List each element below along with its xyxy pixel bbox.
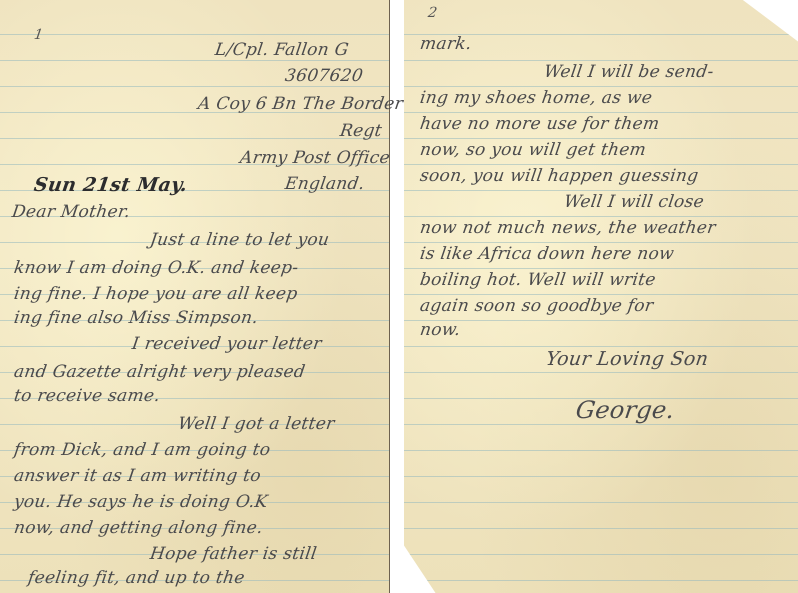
body-line: Just a line to let you — [149, 232, 331, 249]
body-line: boiling hot. Well will write — [419, 272, 657, 289]
body-line: to receive same. — [13, 388, 161, 405]
sender-country: England. — [284, 176, 366, 193]
sender-post-office: Army Post Office — [239, 150, 391, 167]
body-line: I received your letter — [131, 336, 323, 353]
body-line: have no more use for them — [419, 116, 661, 133]
page-number: 2 — [427, 6, 438, 20]
sender-unit-cont: Regt — [339, 123, 383, 140]
body-line: now, so you will get them — [419, 142, 647, 159]
body-line: and Gazette alright very pleased — [13, 364, 306, 381]
page-number: 1 — [33, 28, 44, 42]
signature: George. — [574, 398, 676, 422]
body-line: ing my shoes home, as we — [419, 90, 654, 107]
body-line: Well I will be send- — [543, 64, 715, 81]
letter-page-2: 2 mark. Well I will be send- ing my shoe… — [404, 0, 798, 593]
body-line: now, and getting along fine. — [13, 520, 264, 537]
body-line: again soon so goodbye for — [419, 298, 655, 315]
body-line: ing fine. I hope you are all keep — [13, 286, 299, 303]
body-line: you. He says he is doing O.K — [13, 494, 269, 511]
letter-page-1: 1 L/Cpl. Fallon G 3607620 A Coy 6 Bn The… — [0, 0, 390, 593]
body-line: feeling fit, and up to the — [27, 570, 246, 587]
body-line: from Dick, and I am going to — [13, 442, 272, 459]
body-line: Hope father is still — [149, 546, 318, 563]
body-line: ing fine also Miss Simpson. — [13, 310, 259, 327]
body-line: Well I will close — [563, 194, 705, 211]
body-line: answer it as I am writing to — [13, 468, 262, 485]
body-line: know I am doing O.K. and keep- — [13, 260, 300, 277]
sender-name: L/Cpl. Fallon G — [214, 42, 350, 59]
closing: Your Loving Son — [545, 350, 710, 369]
body-line: is like Africa down here now — [419, 246, 675, 263]
body-line: Well I got a letter — [177, 416, 336, 433]
body-line: soon, you will happen guessing — [419, 168, 700, 185]
sender-service-number: 3607620 — [284, 68, 364, 85]
letter-date: Sun 21st May. — [33, 176, 189, 195]
body-line: now. — [419, 322, 462, 339]
body-line: now not much news, the weather — [419, 220, 717, 237]
sender-unit: A Coy 6 Bn The Border — [197, 96, 404, 113]
body-line: mark. — [419, 36, 473, 53]
salutation: Dear Mother. — [11, 204, 131, 221]
